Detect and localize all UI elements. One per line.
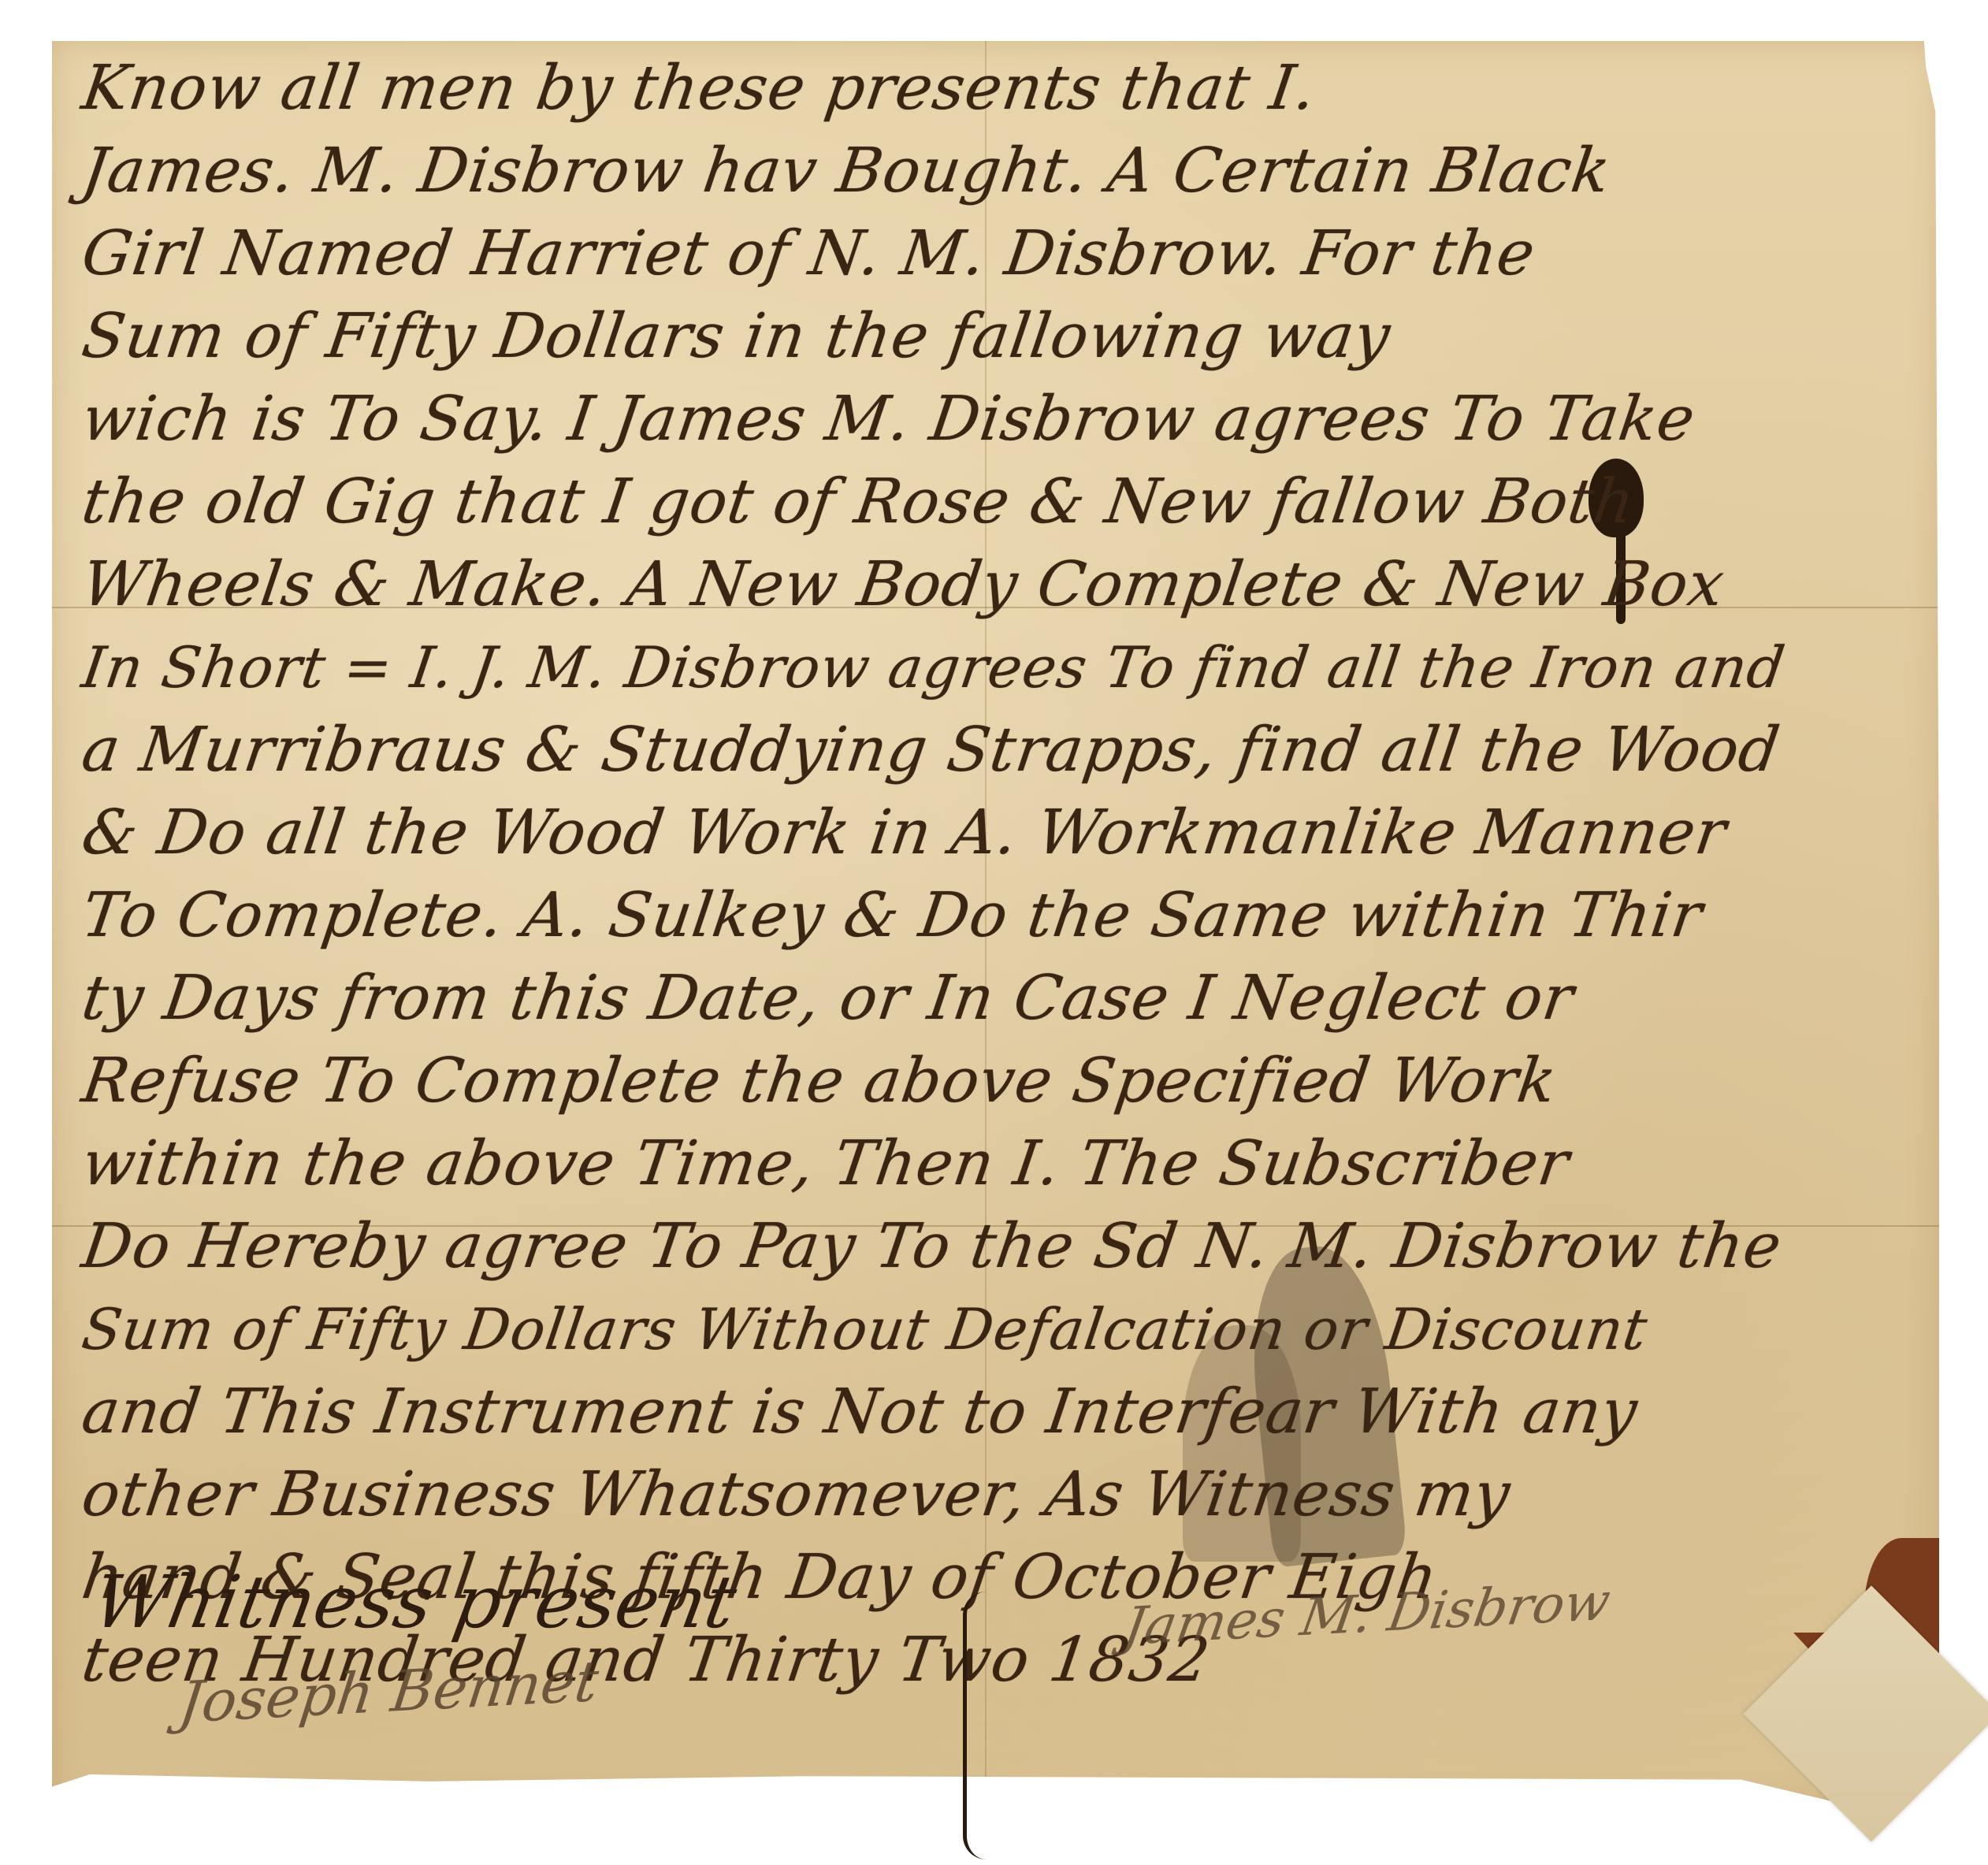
signer-signature: James M. Disbrow	[1120, 1571, 1615, 1657]
signature-brace	[963, 1592, 998, 1859]
witness-signature: Joseph Bennet	[176, 1648, 602, 1735]
witness-label: Whitness present	[87, 1560, 743, 1644]
signature-area: Whitness present Joseph Bennet James M. …	[0, 0, 1988, 1865]
